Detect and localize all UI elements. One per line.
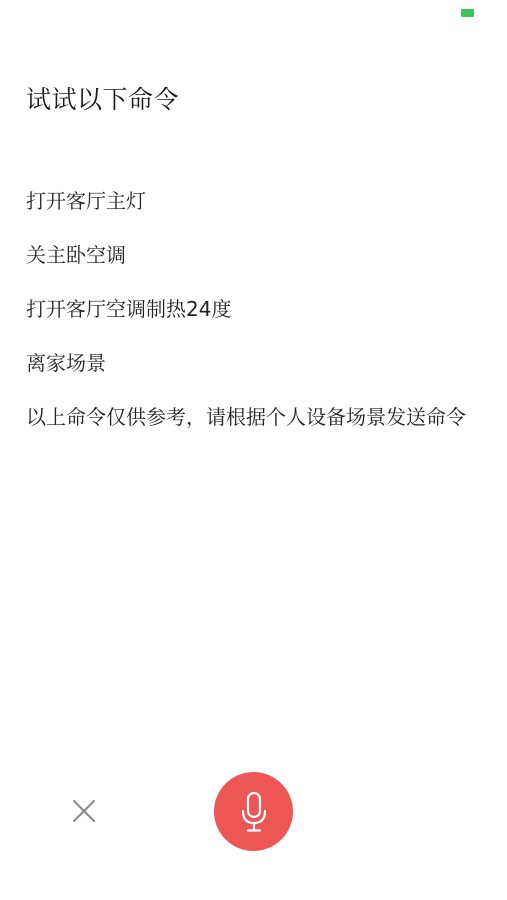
close-icon bbox=[70, 797, 98, 825]
status-indicator bbox=[461, 9, 474, 17]
command-suggestion[interactable]: 打开客厅空调制热24度 bbox=[26, 296, 476, 322]
command-suggestion[interactable]: 离家场景 bbox=[26, 350, 476, 376]
disclaimer-note: 以上命令仅供参考，请根据个人设备场景发送命令 bbox=[26, 404, 466, 430]
command-suggestion[interactable]: 关主卧空调 bbox=[26, 242, 476, 268]
command-suggestion-list: 打开客厅主灯 关主卧空调 打开客厅空调制热24度 离家场景 bbox=[26, 188, 476, 404]
microphone-icon bbox=[239, 791, 269, 833]
close-button[interactable] bbox=[70, 797, 98, 825]
command-suggestion[interactable]: 打开客厅主灯 bbox=[26, 188, 476, 214]
page-title: 试试以下命令 bbox=[26, 84, 179, 116]
voice-input-button[interactable] bbox=[214, 772, 293, 851]
